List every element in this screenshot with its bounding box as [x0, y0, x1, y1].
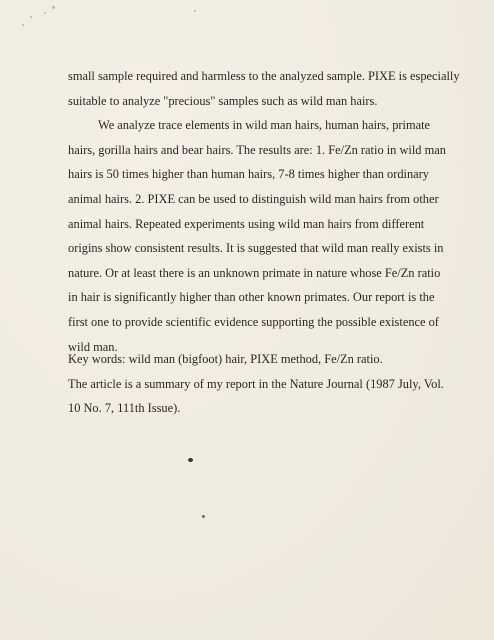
- text-line: animal hairs. Repeated experiments using…: [68, 212, 440, 237]
- text-line: hairs, gorilla hairs and bear hairs. The…: [68, 138, 440, 163]
- paper-mark: [30, 16, 32, 18]
- text-line: We analyze trace elements in wild man ha…: [68, 113, 440, 138]
- ink-speck: [202, 515, 205, 518]
- text-line: first one to provide scientific evidence…: [68, 310, 440, 335]
- keywords-section: Key words: wild man (bigfoot) hair, PIXE…: [68, 347, 448, 421]
- ink-speck: [188, 458, 193, 462]
- paper-mark: [22, 24, 24, 26]
- text-line: suitable to analyze "precious" samples s…: [68, 89, 440, 114]
- paper-mark: [52, 6, 55, 9]
- keywords-line: Key words: wild man (bigfoot) hair, PIXE…: [68, 347, 448, 372]
- paper-mark: [44, 12, 46, 14]
- text-line: origins show consistent results. It is s…: [68, 236, 440, 261]
- text-line: small sample required and harmless to th…: [68, 64, 440, 89]
- text-line: nature. Or at least there is an unknown …: [68, 261, 440, 286]
- citation-line: 10 No. 7, 111th Issue).: [68, 396, 448, 421]
- text-line: hairs is 50 times higher than human hair…: [68, 162, 440, 187]
- paper-page: small sample required and harmless to th…: [0, 0, 494, 640]
- paper-mark: [194, 10, 196, 12]
- citation-line: The article is a summary of my report in…: [68, 372, 448, 397]
- text-line: in hair is significantly higher than oth…: [68, 285, 440, 310]
- text-line: animal hairs. 2. PIXE can be used to dis…: [68, 187, 440, 212]
- body-text: small sample required and harmless to th…: [68, 64, 440, 359]
